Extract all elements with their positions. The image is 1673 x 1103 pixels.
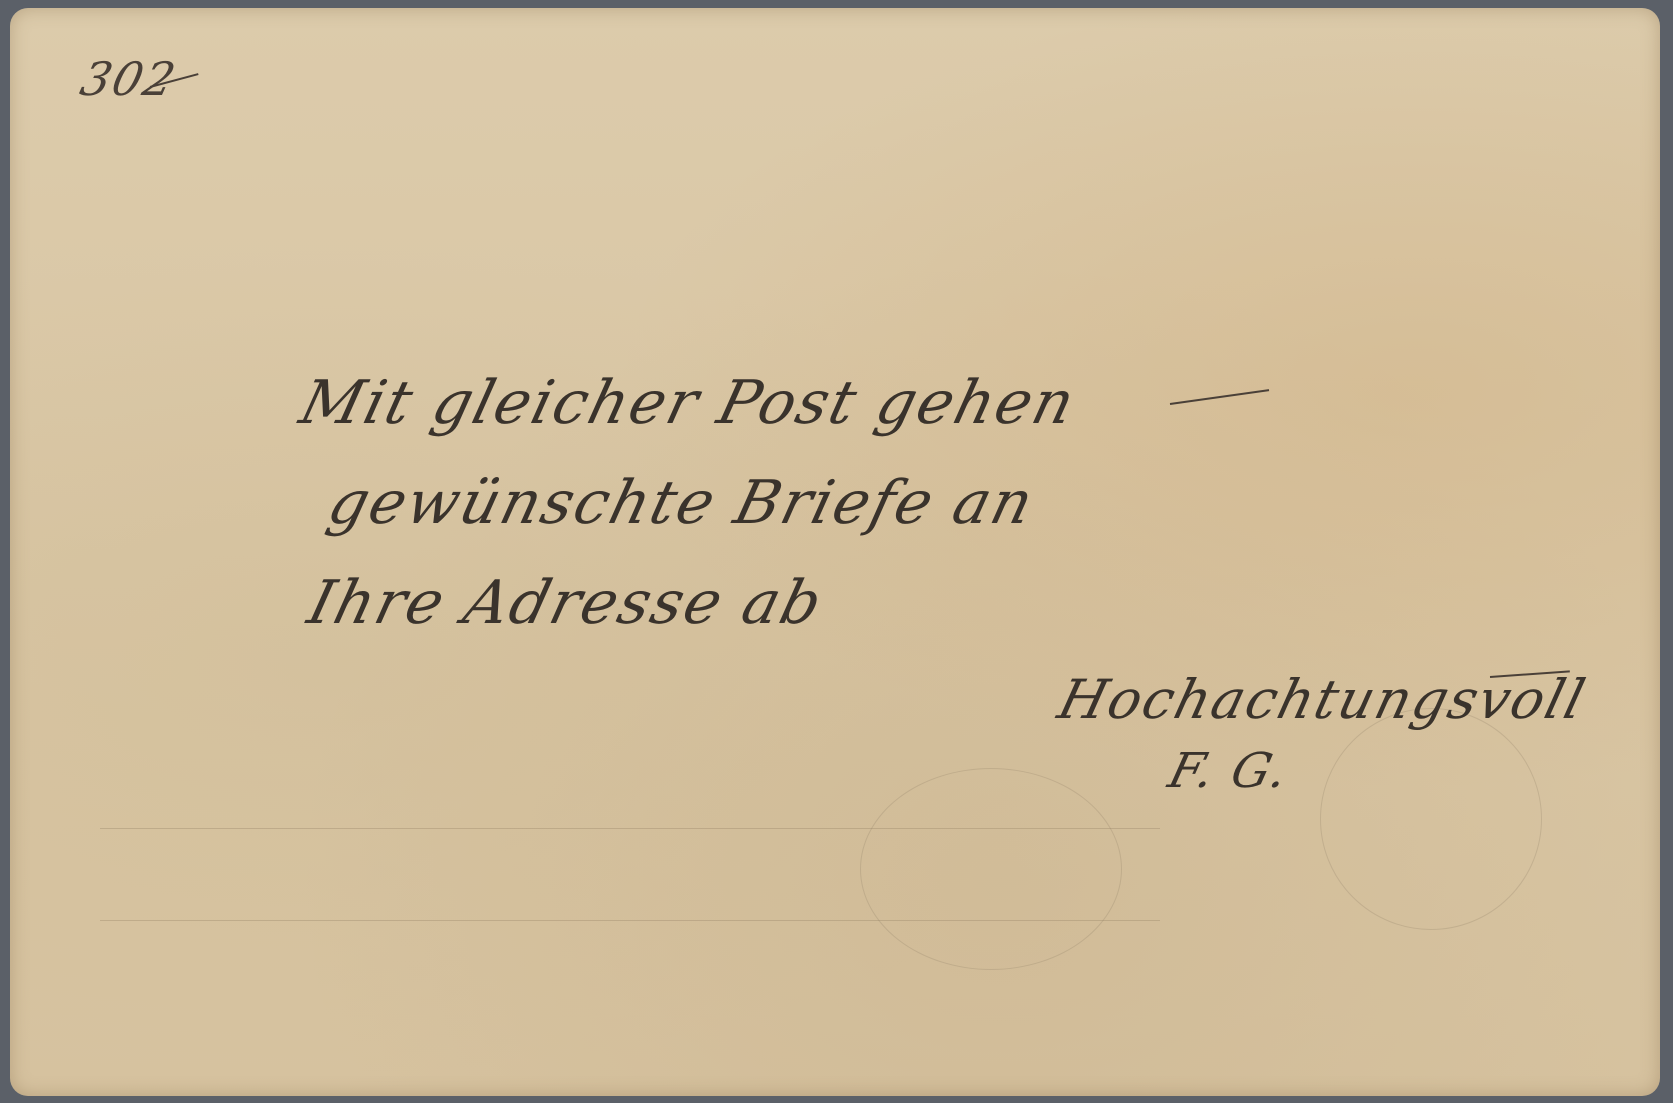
message-line-3: Ihre Adresse ab: [301, 568, 830, 638]
message-line-1: Mit gleicher Post gehen: [293, 368, 1083, 438]
message-line-2: gewünschte Briefe an: [321, 468, 1041, 538]
faded-postmark: [860, 768, 1122, 970]
signature: F. G.: [1163, 743, 1295, 799]
postcard: 302 Mit gleicher Post gehen gewünschte B…: [10, 8, 1660, 1096]
closing-text: Hochachtungsvoll: [1052, 668, 1593, 731]
faded-postmark: [1320, 708, 1542, 930]
line-1-flourish: [1170, 389, 1269, 405]
catalog-number: 302: [75, 52, 182, 106]
